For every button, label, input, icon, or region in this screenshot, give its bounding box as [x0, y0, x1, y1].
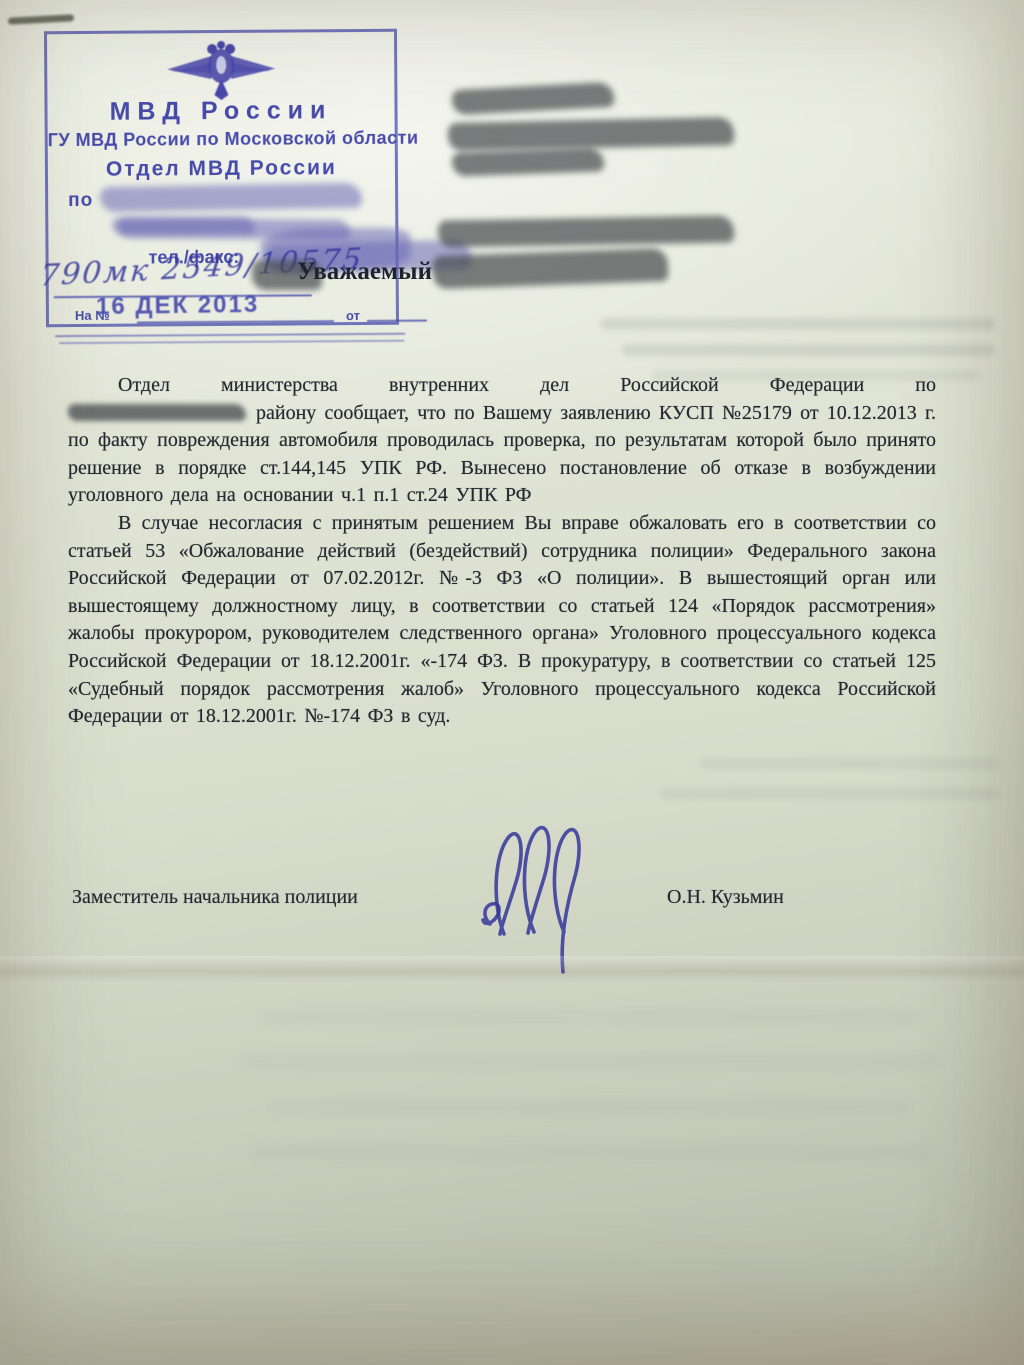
stamp-ref-from-label: от — [346, 308, 360, 323]
redaction-smudge — [452, 147, 605, 176]
received-date-stamp: 16 ДЕК 2013 — [96, 291, 260, 321]
body-paragraph-2: В случае несогласия с принятым решением … — [68, 510, 936, 731]
stamp-underline — [59, 340, 404, 344]
redaction-smudge — [68, 404, 246, 421]
stamp-address-prefix: по — [68, 190, 93, 212]
stamp-org-name: МВД России — [47, 96, 394, 127]
redaction-smudge — [100, 183, 362, 213]
redaction-smudge — [438, 215, 734, 247]
redaction-smudge — [448, 117, 735, 151]
bleed-through-ghost — [700, 758, 1000, 769]
stamp-underline — [367, 320, 427, 322]
body-paragraph-1-line-1: Отдел министерства внутренних дел Россий… — [68, 372, 936, 400]
salutation-text: Уважаемый — [297, 258, 432, 286]
bleed-through-ghost — [600, 318, 995, 330]
bleed-through-ghost — [660, 788, 1000, 799]
bleed-through-ghost — [240, 1055, 940, 1069]
letter-body: Отдел министерства внутренних дел Россий… — [68, 372, 936, 731]
mvd-eagle-emblem-icon — [165, 39, 277, 102]
signer-position-title: Заместитель начальника полиции — [72, 886, 358, 909]
handwritten-signature — [468, 812, 618, 977]
stamp-underline — [55, 333, 405, 337]
bleed-through-ghost — [622, 344, 994, 356]
redaction-smudge — [451, 82, 614, 115]
bleed-through-ghost — [250, 1145, 930, 1159]
bleed-through-ghost — [270, 1100, 910, 1114]
redaction-smudge — [432, 248, 668, 289]
stamp-org-dept: Отдел МВД России — [48, 156, 395, 182]
paper-corner-mark — [8, 14, 74, 24]
stamp-org-region: ГУ МВД России по Московской области — [48, 128, 395, 151]
letter-photo: МВД России ГУ МВД России по Московской о… — [0, 0, 1024, 1365]
stamp-underline — [137, 320, 334, 323]
bleed-through-ghost — [260, 1010, 920, 1024]
body-paragraph-1: району сообщает, что по Вашему заявлению… — [68, 400, 936, 510]
signer-name: О.Н. Кузьмин — [667, 886, 784, 909]
